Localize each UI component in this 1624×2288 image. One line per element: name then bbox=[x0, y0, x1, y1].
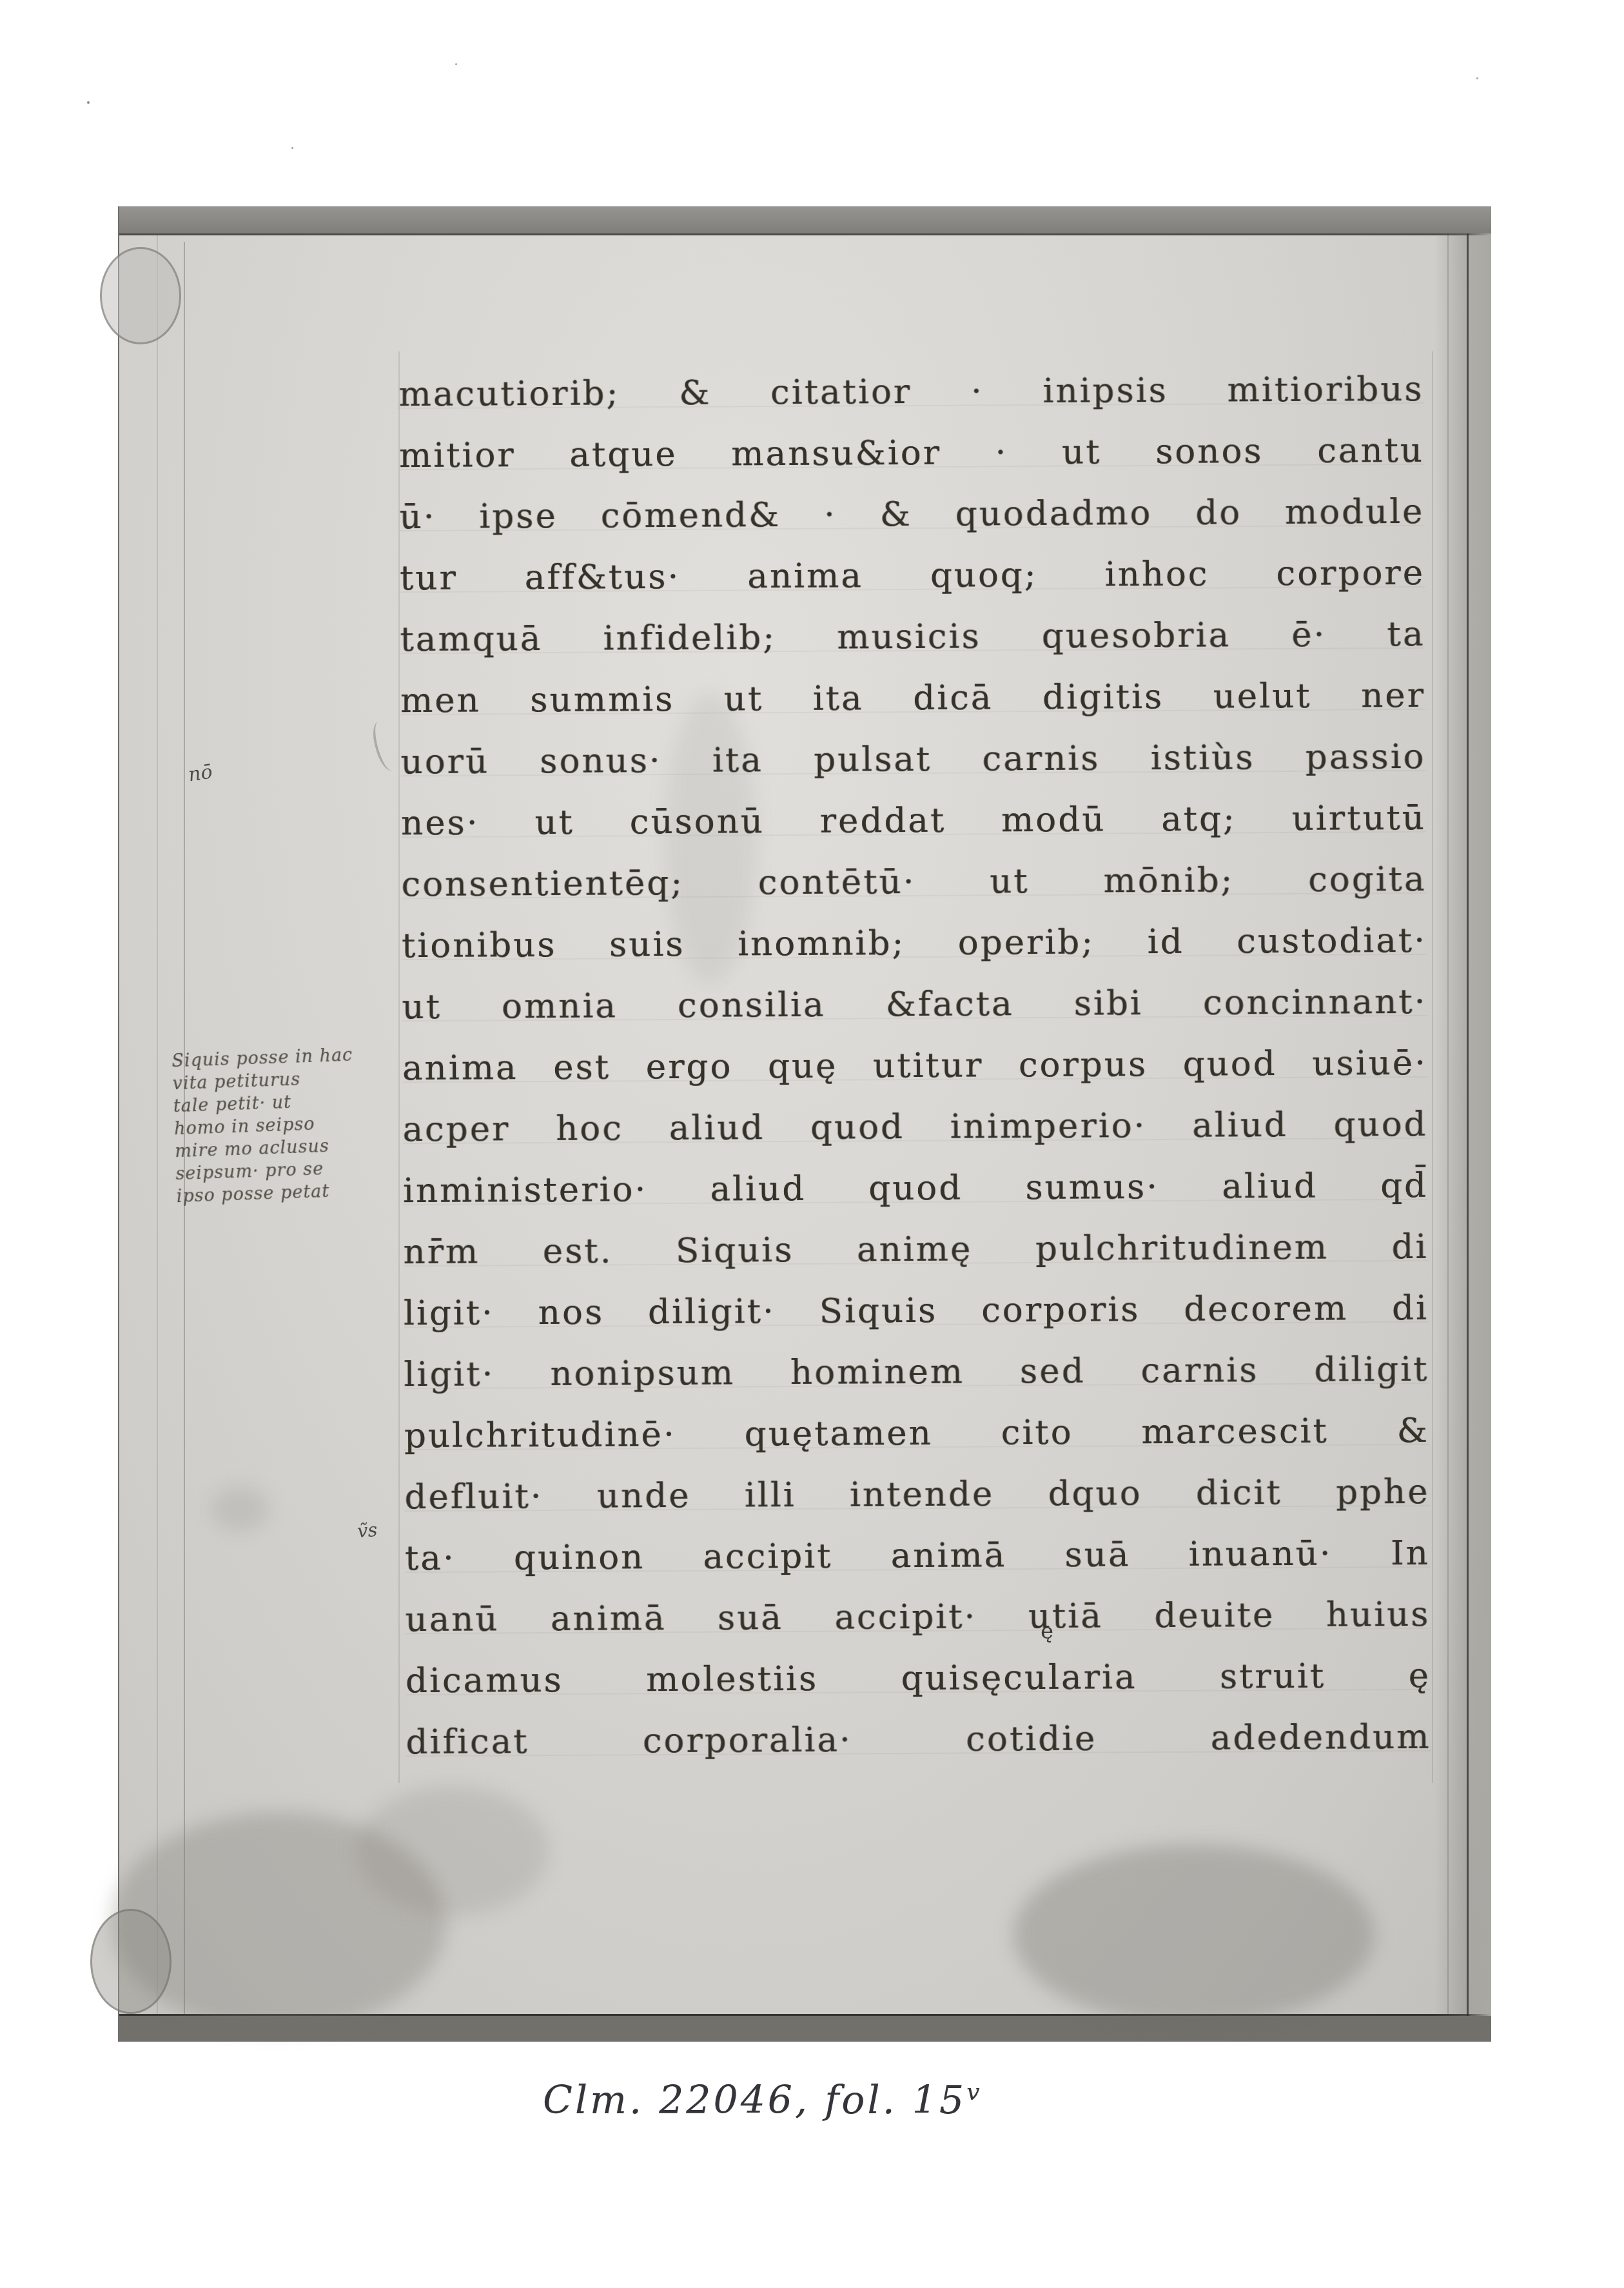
margin-note: Siquis posse in hacvita petiturustale pe… bbox=[171, 1042, 409, 1208]
dust-speck bbox=[455, 63, 457, 65]
manuscript-line: tur aff&tus· anima quoq; inhoc corpore bbox=[400, 542, 1425, 609]
manuscript-line: ligit· nonipsum hominem sed carnis dilig… bbox=[404, 1339, 1429, 1405]
manuscript-line: defluit· unde illi intende dquo dicit pp… bbox=[404, 1461, 1429, 1528]
parchment-tab-top bbox=[100, 247, 181, 344]
verse-mark: ṽs bbox=[357, 1519, 378, 1543]
manuscript-line: macutiorib; & citatior · inipsis mitiori… bbox=[398, 359, 1423, 425]
manuscript-line: tamquā infidelib; musicis quesobria ē· t… bbox=[400, 604, 1425, 670]
fore-edge-crease-faint bbox=[1447, 233, 1449, 2016]
caption: Clm. 22046, fol. 15v bbox=[543, 2078, 983, 2123]
manuscript-line: consentientēq; contētū· ut mōnib; cogita bbox=[401, 849, 1426, 915]
manuscript-line: inministerio· aliud quod sumus· aliud qd… bbox=[403, 1155, 1428, 1221]
initial-flourish bbox=[369, 720, 400, 773]
caption-text: Clm. 22046, fol. 15 bbox=[543, 2078, 966, 2123]
insertion-mark: ę bbox=[1041, 1619, 1053, 1644]
dust-speck bbox=[291, 147, 293, 149]
manuscript-line: dificat corporalia· cotidie adedendum bbox=[406, 1706, 1431, 1773]
manuscript-line: uanū animā suā accipit· utiā deuite huiu… bbox=[405, 1584, 1430, 1650]
manuscript-photo: macutiorib; & citatior · inipsis mitiori… bbox=[118, 206, 1491, 2042]
manuscript-line: ligit· nos diligit· Siquis corporis deco… bbox=[404, 1277, 1429, 1344]
caption-superscript: v bbox=[966, 2079, 982, 2106]
nota-mark: nō bbox=[187, 761, 214, 787]
manuscript-line: nr̄m est. Siquis animę pulchritudinem di bbox=[403, 1216, 1428, 1283]
stain bbox=[211, 1486, 269, 1532]
dust-speck bbox=[87, 101, 90, 104]
text-block: macutiorib; & citatior · inipsis mitiori… bbox=[398, 359, 1431, 1773]
manuscript-line: uorū sonus· ita pulsat carnis istiùs pas… bbox=[400, 726, 1425, 793]
stain bbox=[356, 1786, 549, 1915]
manuscript-line: ta· quinon accipit animā suā inuanū· In bbox=[405, 1523, 1430, 1589]
manuscript-line: pulchritudinē· quętamen cito marcescit & bbox=[404, 1400, 1429, 1466]
manuscript-line: tionibus suis inomnib; operib; id custod… bbox=[402, 910, 1427, 976]
stain bbox=[1013, 1844, 1375, 2025]
photographic-sheet: { "manuscript": { "lines": [ "macutiorib… bbox=[0, 0, 1624, 2288]
book-fore-edge bbox=[1434, 233, 1491, 2016]
manuscript-line: men summis ut ita dicā digitis uelut ner bbox=[400, 665, 1425, 731]
fore-edge-crease bbox=[1467, 233, 1469, 2016]
manuscript-line: ut omnia consilia &facta sibi concinnant… bbox=[402, 971, 1427, 1038]
manuscript-line: mitior atque mansu&ior · ut sonos cantu bbox=[399, 420, 1424, 486]
manuscript-line: acper hoc aliud quod inimperio· aliud qu… bbox=[402, 1094, 1427, 1160]
manuscript-line: anima est ergo quę utitur corpus quod us… bbox=[402, 1032, 1427, 1099]
manuscript-line: ū· ipse cōmend& · & quodadmo do module bbox=[399, 481, 1424, 547]
manuscript-line: dicamus molestiis quisęcularia struit ę bbox=[406, 1645, 1431, 1711]
text-column-right-rule bbox=[1432, 351, 1433, 1783]
page-left-ruling-faint bbox=[157, 233, 158, 2016]
book-top-edge bbox=[119, 206, 1491, 235]
dust-speck bbox=[1476, 77, 1478, 79]
manuscript-line: nes· ut cūsonū reddat modū atq; uirtutū bbox=[401, 787, 1426, 854]
